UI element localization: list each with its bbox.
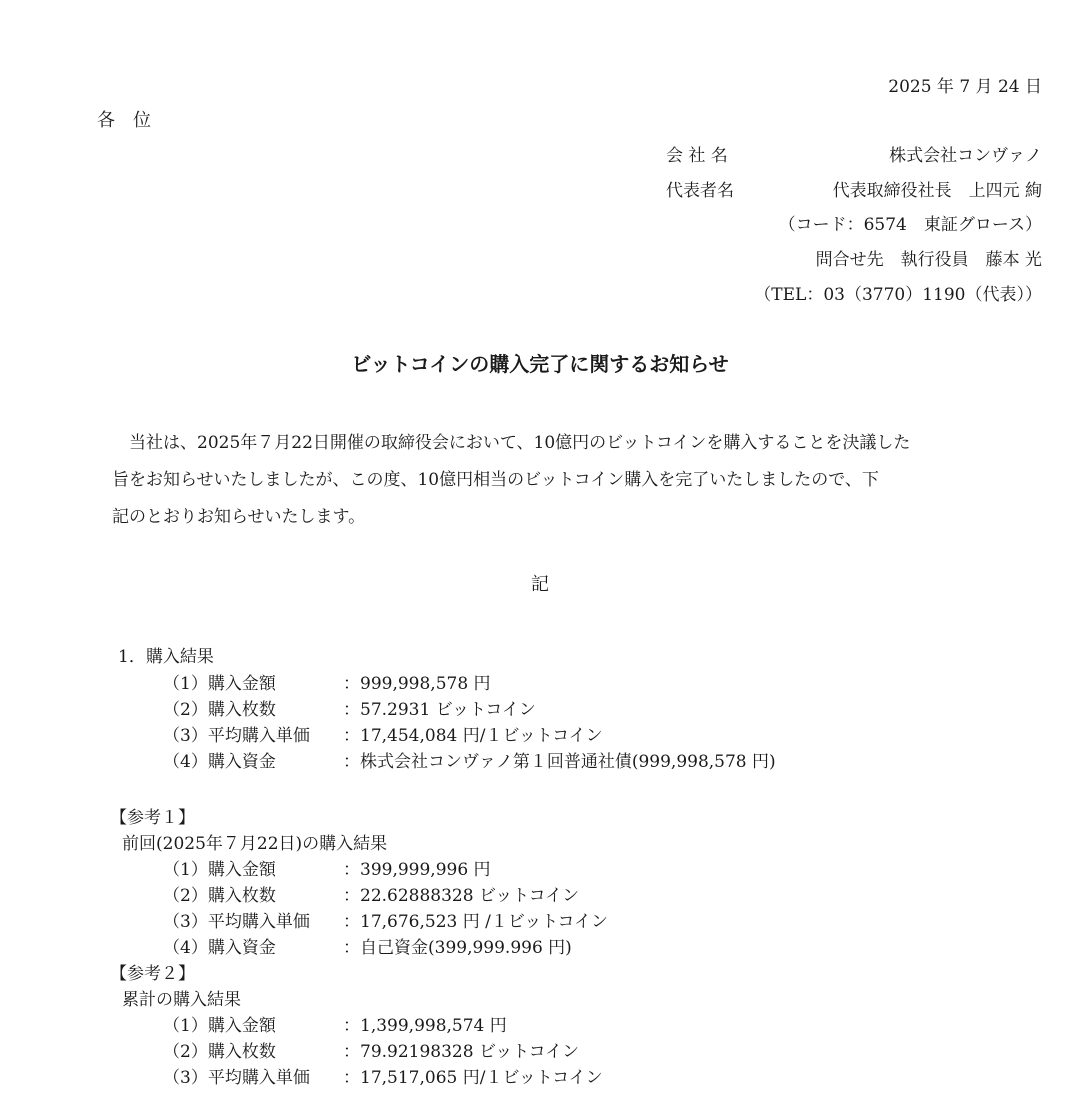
result-row: （2）購入枚数：22.62888328 ビットコイン xyxy=(118,883,608,909)
section-reference-1: 【参考１】 前回(2025年７月22日)の購入結果 （1）購入金額：399,99… xyxy=(118,805,608,961)
company-label: 会 社 名 xyxy=(666,141,728,166)
result-row: （4）購入資金：株式会社コンヴァノ第１回普通社債(999,998,578 円) xyxy=(118,749,776,775)
result-row: （3）平均購入単価：17,454,084 円/１ビットコイン xyxy=(118,723,776,749)
result-row: （4）購入資金：自己資金(399,999.996 円) xyxy=(118,935,608,961)
result-row: （3）平均購入単価：17,517,065 円/１ビットコイン xyxy=(118,1065,603,1091)
body-paragraph: 当社は、2025年７月22日開催の取締役会において、10億円のビットコインを購入… xyxy=(112,425,1012,536)
stock-code: （コード：6574 東証グロース） xyxy=(779,210,1042,235)
body-line: 旨をお知らせいたしましたが、この度、10億円相当のビットコイン購入を完了いたしま… xyxy=(112,462,1012,499)
company-name: 株式会社コンヴァノ xyxy=(889,141,1042,166)
document-title: ビットコインの購入完了に関するお知らせ xyxy=(0,348,1080,377)
addressee: 各位 xyxy=(97,106,169,132)
result-row: （1）購入金額：1,399,998,574 円 xyxy=(118,1013,603,1039)
reference-heading: 【参考２】 xyxy=(110,961,603,987)
body-line: 当社は、2025年７月22日開催の取締役会において、10億円のビットコインを購入… xyxy=(112,425,1012,462)
result-row: （3）平均購入単価：17,676,523 円 /１ビットコイン xyxy=(118,909,608,935)
result-row: （1）購入金額：999,998,578 円 xyxy=(118,671,776,697)
contact-person: 問合せ先 執行役員 藤本 光 xyxy=(816,245,1042,270)
result-row: （2）購入枚数：57.2931 ビットコイン xyxy=(118,697,776,723)
contact-tel: （TEL：03（3770）1190（代表）） xyxy=(754,280,1042,305)
reference-subheading: 累計の購入結果 xyxy=(118,987,603,1013)
representative-name: 代表取締役社長 上四元 絢 xyxy=(833,176,1042,201)
result-row: （1）購入金額：399,999,996 円 xyxy=(118,857,608,883)
reference-heading: 【参考１】 xyxy=(110,805,608,831)
result-row: （2）購入枚数：79.92198328 ビットコイン xyxy=(118,1039,603,1065)
ki-heading: 記 xyxy=(0,570,1080,596)
section-heading: 1．購入結果 xyxy=(118,643,776,671)
representative-label: 代表者名 xyxy=(666,176,734,201)
body-line: 記のとおりお知らせいたします。 xyxy=(112,499,1012,536)
document-date: 2025 年 7 月 24 日 xyxy=(888,72,1042,97)
section-reference-2: 【参考２】 累計の購入結果 （1）購入金額：1,399,998,574 円 （2… xyxy=(118,961,603,1091)
section-purchase-results: 1．購入結果 （1）購入金額：999,998,578 円 （2）購入枚数：57.… xyxy=(118,643,776,775)
reference-subheading: 前回(2025年７月22日)の購入結果 xyxy=(118,831,608,857)
